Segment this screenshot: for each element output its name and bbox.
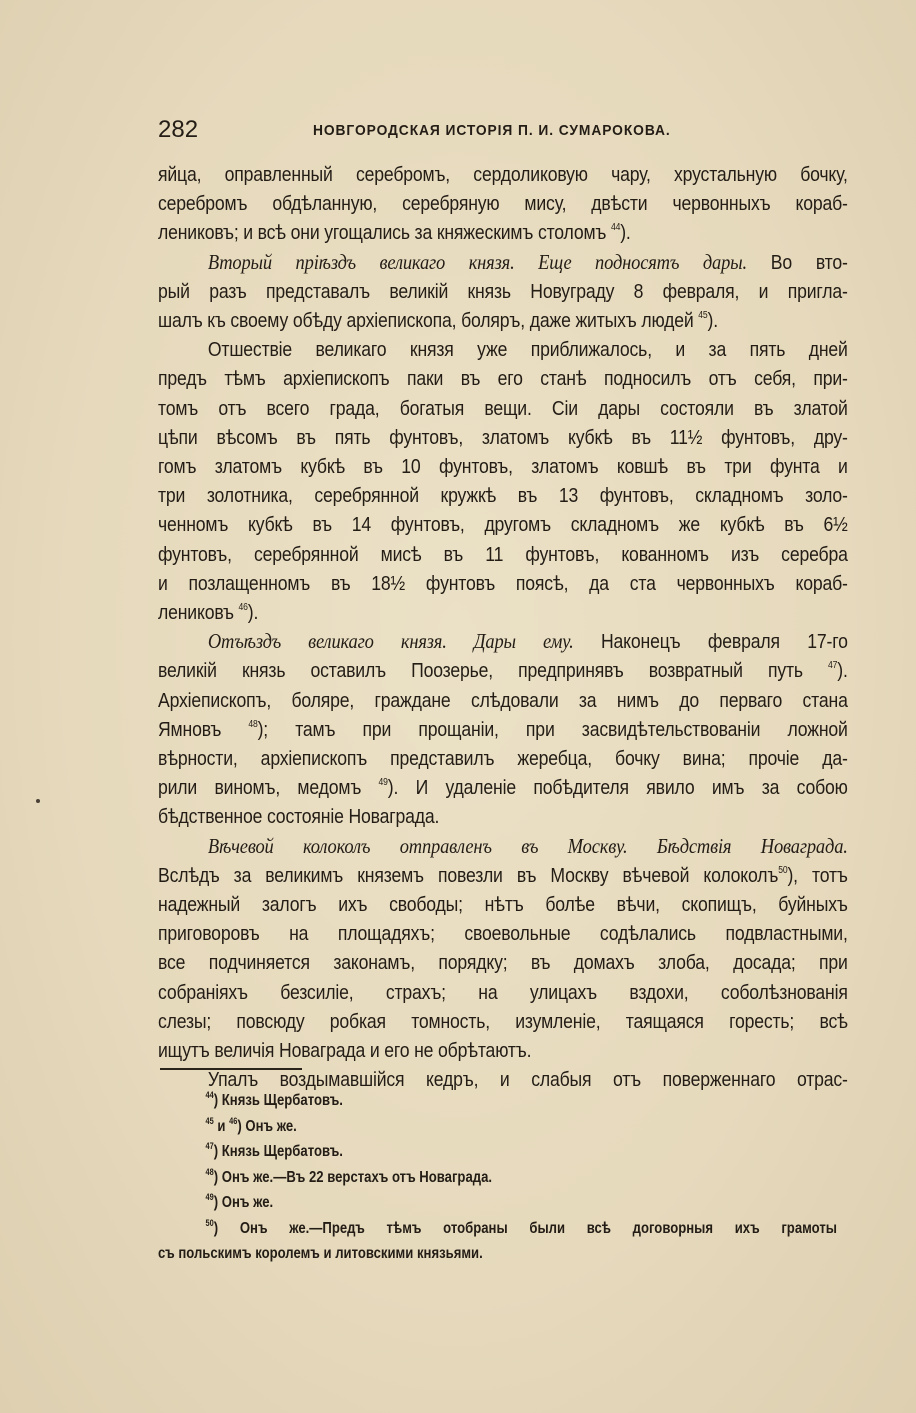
text-line: бѣдственное состояніе Новаграда.: [158, 802, 848, 831]
footnote-reference[interactable]: 50: [778, 865, 787, 876]
text-line: томъ отъ всего града, богатыя вещи. Сіи …: [158, 394, 848, 423]
text-line: лениковъ; и всѣ они угощались за княжеск…: [158, 218, 848, 247]
running-title: НОВГОРОДСКАЯ ИСТОРІЯ П. И. СУМАРОКОВА.: [313, 122, 671, 139]
text-line: рили виномъ, медомъ 49). И удаленіе побѣ…: [158, 773, 848, 802]
footnote: съ польскимъ королемъ и литовскими князь…: [158, 1241, 724, 1267]
page-header: 282 НОВГОРОДСКАЯ ИСТОРІЯ П. И. СУМАРОКОВ…: [158, 116, 848, 146]
book-page: 282 НОВГОРОДСКАЯ ИСТОРІЯ П. И. СУМАРОКОВ…: [0, 0, 916, 1413]
text-line: надежный залогъ ихъ свободы; нѣтъ болѣе …: [158, 890, 848, 919]
text-line: великій князь оставилъ Поозерье, предпри…: [158, 656, 848, 685]
text-line: Ямновъ 48); тамъ при прощаніи, при засви…: [158, 715, 848, 744]
text-line: Архіепископъ, боляре, граждане слѣдовали…: [158, 686, 848, 715]
text-line: рый разъ представалъ великій князь Новуг…: [158, 277, 848, 306]
text-line: Вѣчевой колоколъ отправленъ въ Москву. Б…: [158, 832, 848, 861]
footnote: 47) Князь Щербатовъ.: [158, 1139, 724, 1165]
footnote-number: 45: [206, 1116, 214, 1126]
text-line: серебромъ обдѣланную, серебряную мису, д…: [158, 189, 848, 218]
text-line: гомъ златомъ кубкѣ въ 10 фунтовъ, златом…: [158, 452, 848, 481]
footnotes: 44) Князь Щербатовъ.45 и 46) Онъ же.47) …: [158, 1088, 848, 1267]
footnote-number: 48: [206, 1167, 214, 1177]
footnote: 50) Онъ же.—Предъ тѣмъ отобраны были всѣ…: [158, 1216, 837, 1242]
text-line: и позлащенномъ въ 18½ фунтовъ поясѣ, да …: [158, 569, 848, 598]
section-heading: Вторый пріѣздъ великаго князя. Еще подно…: [208, 250, 747, 274]
footnote-reference[interactable]: 48: [248, 719, 257, 730]
text-line: предъ тѣмъ архіепископъ паки въ его стан…: [158, 364, 848, 393]
footnote: 49) Онъ же.: [158, 1190, 724, 1216]
footnote-number: 49: [206, 1192, 214, 1202]
text-line: вѣрности, архіепископъ представилъ жереб…: [158, 744, 848, 773]
text-line: цѣпи вѣсомъ въ пять фунтовъ, златомъ куб…: [158, 423, 848, 452]
text-line: приговоровъ на площадяхъ; своевольные со…: [158, 919, 848, 948]
footnote-number: 47: [206, 1141, 214, 1151]
footnote: 48) Онъ же.—Въ 22 верстахъ отъ Новаграда…: [158, 1165, 724, 1191]
text-line: лениковъ 46).: [158, 598, 848, 627]
paper-speck: [36, 799, 40, 803]
text-line: Вторый пріѣздъ великаго князя. Еще подно…: [158, 248, 848, 277]
page-number: 282: [158, 116, 198, 144]
text-line: три золотника, серебрянной кружкѣ въ 13 …: [158, 481, 848, 510]
section-heading: Вѣчевой колоколъ отправленъ въ Москву. Б…: [208, 834, 848, 858]
text-line: слезы; повсюду робкая томность, изумлені…: [158, 1007, 848, 1036]
text-line: собраніяхъ безсиліе, страхъ; на улицахъ …: [158, 978, 848, 1007]
footnote-number: 46: [229, 1116, 237, 1126]
footnote-reference[interactable]: 49: [379, 777, 388, 788]
text-line: фунтовъ, серебрянной мисѣ въ 11 фунтовъ,…: [158, 540, 848, 569]
footnote-reference[interactable]: 47: [828, 660, 837, 671]
section-heading: Отъѣздъ великаго князя. Дары ему.: [208, 629, 574, 653]
footnote: 45 и 46) Онъ же.: [158, 1114, 724, 1140]
main-text: яйца, оправленный серебромъ, сердоликову…: [158, 160, 848, 1095]
text-line: ченномъ кубкѣ въ 14 фунтовъ, другомъ скл…: [158, 510, 848, 539]
text-line: Отшествіе великаго князя уже приближалос…: [158, 335, 848, 364]
footnote-number: 44: [206, 1090, 214, 1100]
footnote-reference[interactable]: 46: [239, 602, 248, 613]
footnote-reference[interactable]: 45: [698, 310, 707, 321]
text-line: Вслѣдъ за великимъ княземъ повезли въ Мо…: [158, 861, 848, 890]
text-line: шалъ къ своему обѣду архіепископа, боляр…: [158, 306, 848, 335]
text-line: яйца, оправленный серебромъ, сердоликову…: [158, 160, 848, 189]
footnote-number: 50: [206, 1218, 214, 1228]
footnote: 44) Князь Щербатовъ.: [158, 1088, 724, 1114]
text-line: Отъѣздъ великаго князя. Дары ему. Наконе…: [158, 627, 848, 656]
text-line: все подчиняется законамъ, порядку; въ до…: [158, 948, 848, 977]
footnote-divider: [160, 1068, 302, 1070]
text-line: ищутъ величія Новаграда и его не обрѣтаю…: [158, 1036, 848, 1065]
